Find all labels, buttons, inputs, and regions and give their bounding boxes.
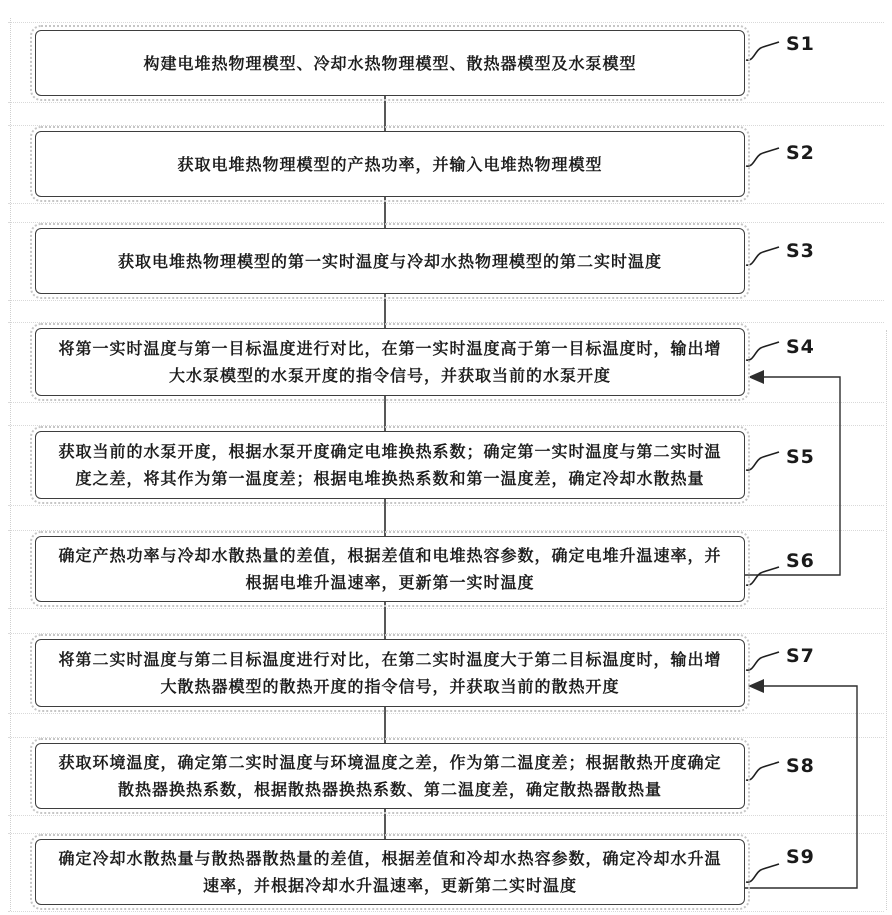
- step-label-s5: S5: [786, 446, 834, 468]
- step-box-s4: 将第一实时温度与第一目标温度进行对比，在第一实时温度高于第一目标温度时，输出增大…: [35, 328, 745, 396]
- arrowhead-into-s4: [748, 370, 764, 384]
- step-text-s6: 确定产热功率与冷却水散热量的差值，根据差值和电堆热容参数，确定电堆升温速率，并根…: [52, 542, 728, 596]
- step-label-s4: S4: [786, 336, 834, 358]
- step-text-s7: 将第二实时温度与第二目标温度进行对比，在第二实时温度大于第二目标温度时，输出增大…: [52, 646, 728, 700]
- leader-s7: [746, 652, 779, 670]
- step-label-s9: S9: [786, 846, 834, 868]
- step-box-s6: 确定产热功率与冷却水散热量的差值，根据差值和电堆热容参数，确定电堆升温速率，并根…: [35, 536, 745, 602]
- step-label-s8: S8: [786, 755, 834, 777]
- arrowhead-into-s7: [748, 679, 764, 693]
- step-box-s5: 获取当前的水泵开度，根据水泵开度确定电堆换热系数；确定第一实时温度与第二实时温度…: [35, 431, 745, 499]
- step-box-s3: 获取电堆热物理模型的第一实时温度与冷却水热物理模型的第二实时温度: [35, 228, 745, 294]
- step-box-s2: 获取电堆热物理模型的产热功率，并输入电堆热物理模型: [35, 131, 745, 197]
- step-text-s9: 确定冷却水散热量与散热器散热量的差值，根据差值和冷却水热容参数，确定冷却水升温速…: [52, 845, 728, 899]
- leader-s1: [746, 42, 779, 60]
- step-label-s1: S1: [786, 33, 834, 55]
- step-text-s1: 构建电堆热物理模型、冷却水热物理模型、散热器模型及水泵模型: [143, 50, 636, 77]
- leader-s9: [746, 864, 779, 882]
- leader-s3: [746, 247, 779, 265]
- flowchart-page: 构建电堆热物理模型、冷却水热物理模型、散热器模型及水泵模型 获取电堆热物理模型的…: [0, 0, 892, 915]
- step-label-s7: S7: [786, 645, 834, 667]
- leader-s2: [746, 148, 779, 166]
- step-box-s9: 确定冷却水散热量与散热器散热量的差值，根据差值和冷却水热容参数，确定冷却水升温速…: [35, 839, 745, 905]
- step-text-s4: 将第一实时温度与第一目标温度进行对比，在第一实时温度高于第一目标温度时，输出增大…: [52, 335, 728, 389]
- leader-s6: [746, 567, 779, 585]
- step-label-s3: S3: [786, 240, 834, 262]
- step-text-s3: 获取电堆热物理模型的第一实时温度与冷却水热物理模型的第二实时温度: [118, 248, 662, 275]
- step-box-s8: 获取环境温度，确定第二实时温度与环境温度之差，作为第二温度差；根据散热开度确定散…: [35, 743, 745, 809]
- leader-s5: [746, 452, 779, 470]
- step-box-s1: 构建电堆热物理模型、冷却水热物理模型、散热器模型及水泵模型: [35, 30, 745, 96]
- leader-s4: [746, 342, 779, 360]
- step-label-s6: S6: [786, 550, 834, 572]
- step-text-s5: 获取当前的水泵开度，根据水泵开度确定电堆换热系数；确定第一实时温度与第二实时温度…: [52, 438, 728, 492]
- step-text-s8: 获取环境温度，确定第二实时温度与环境温度之差，作为第二温度差；根据散热开度确定散…: [52, 749, 728, 803]
- step-text-s2: 获取电堆热物理模型的产热功率，并输入电堆热物理模型: [177, 151, 602, 178]
- feedback-loop-s6-to-s4: [745, 377, 840, 575]
- leader-s8: [746, 762, 779, 780]
- step-label-s2: S2: [786, 142, 834, 164]
- step-box-s7: 将第二实时温度与第二目标温度进行对比，在第二实时温度大于第二目标温度时，输出增大…: [35, 639, 745, 707]
